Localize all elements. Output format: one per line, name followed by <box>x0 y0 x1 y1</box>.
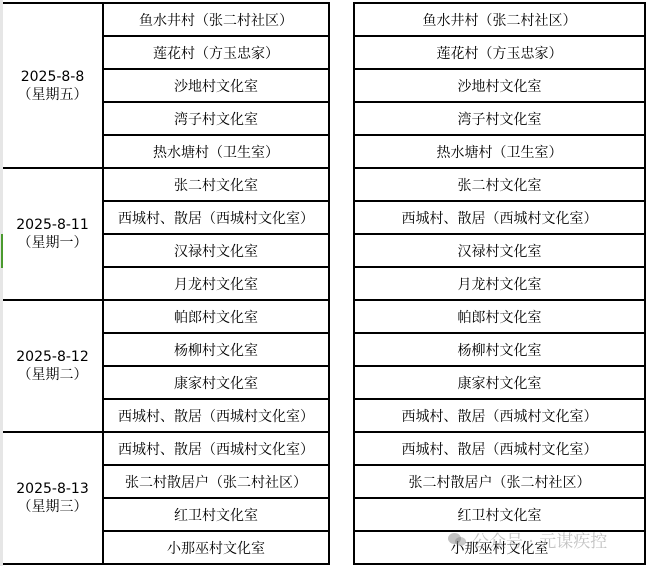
location-cell[interactable]: 小那巫村文化室 <box>103 531 329 564</box>
location-cell[interactable]: 张二村文化室 <box>354 168 645 201</box>
location-cell[interactable]: 西城村、散居（西城村文化室） <box>103 201 329 234</box>
table-row: 张二村散居户（张二村社区） <box>354 465 645 498</box>
table-row: 杨柳村文化室 <box>354 333 645 366</box>
date-text: 2025-8-13 <box>3 480 102 498</box>
location-cell[interactable]: 西城村、散居（西城村文化室） <box>103 399 329 432</box>
table-row: 西城村、散居（西城村文化室） <box>354 432 645 465</box>
weekday-text: （星期一） <box>3 234 102 252</box>
location-cell[interactable]: 帕郎村文化室 <box>354 300 645 333</box>
weekday-text: （星期二） <box>3 366 102 384</box>
date-text: 2025-8-11 <box>3 216 102 234</box>
location-cell[interactable]: 湾子村文化室 <box>354 102 645 135</box>
table-row: 莲花村（方玉忠家） <box>354 36 645 69</box>
table-row: 张二村文化室 <box>354 168 645 201</box>
location-cell[interactable]: 湾子村文化室 <box>103 102 329 135</box>
location-cell[interactable]: 杨柳村文化室 <box>103 333 329 366</box>
location-cell[interactable]: 西城村、散居（西城村文化室） <box>354 201 645 234</box>
location-cell[interactable]: 张二村散居户（张二村社区） <box>354 465 645 498</box>
date-text: 2025-8-8 <box>3 68 102 86</box>
location-cell[interactable]: 康家村文化室 <box>354 366 645 399</box>
date-cell[interactable]: 2025-8-13 （星期三） <box>3 432 103 564</box>
table-row: 小那巫村文化室 <box>354 531 645 564</box>
table-row: 康家村文化室 <box>354 366 645 399</box>
location-cell[interactable]: 杨柳村文化室 <box>354 333 645 366</box>
location-cell[interactable]: 月龙村文化室 <box>103 267 329 300</box>
location-cell[interactable]: 小那巫村文化室 <box>354 531 645 564</box>
table-row: 汉禄村文化室 <box>354 234 645 267</box>
location-cell[interactable]: 红卫村文化室 <box>103 498 329 531</box>
location-cell[interactable]: 鱼水井村（张二村社区） <box>354 3 645 36</box>
table-row: 2025-8-8 （星期五） 鱼水井村（张二村社区） <box>3 3 329 36</box>
location-cell[interactable]: 沙地村文化室 <box>354 69 645 102</box>
schedule-table-right: 鱼水井村（张二村社区） 莲花村（方玉忠家） 沙地村文化室 湾子村文化室 热水塘村… <box>353 2 646 565</box>
date-cell[interactable]: 2025-8-12 （星期二） <box>3 300 103 432</box>
location-cell[interactable]: 张二村文化室 <box>103 168 329 201</box>
weekday-text: （星期五） <box>3 86 102 104</box>
location-cell[interactable]: 鱼水井村（张二村社区） <box>103 3 329 36</box>
table-row: 西城村、散居（西城村文化室） <box>354 399 645 432</box>
location-cell[interactable]: 康家村文化室 <box>103 366 329 399</box>
weekday-text: （星期三） <box>3 498 102 516</box>
location-cell[interactable]: 西城村、散居（西城村文化室） <box>103 432 329 465</box>
table-row: 鱼水井村（张二村社区） <box>354 3 645 36</box>
location-cell[interactable]: 莲花村（方玉忠家） <box>103 36 329 69</box>
date-cell[interactable]: 2025-8-11 （星期一） <box>3 168 103 300</box>
location-cell[interactable]: 月龙村文化室 <box>354 267 645 300</box>
location-cell[interactable]: 张二村散居户（张二村社区） <box>103 465 329 498</box>
table-row: 2025-8-11 （星期一） 张二村文化室 <box>3 168 329 201</box>
location-cell[interactable]: 汉禄村文化室 <box>354 234 645 267</box>
table-row: 湾子村文化室 <box>354 102 645 135</box>
location-cell[interactable]: 西城村、散居（西城村文化室） <box>354 399 645 432</box>
location-cell[interactable]: 西城村、散居（西城村文化室） <box>354 432 645 465</box>
date-cell[interactable]: 2025-8-8 （星期五） <box>3 3 103 168</box>
schedule-table-left: 2025-8-8 （星期五） 鱼水井村（张二村社区） 莲花村（方玉忠家） 沙地村… <box>3 2 330 565</box>
location-cell[interactable]: 红卫村文化室 <box>354 498 645 531</box>
location-cell[interactable]: 莲花村（方玉忠家） <box>354 36 645 69</box>
table-row: 2025-8-13 （星期三） 西城村、散居（西城村文化室） <box>3 432 329 465</box>
table-row: 热水塘村（卫生室） <box>354 135 645 168</box>
location-cell[interactable]: 汉禄村文化室 <box>103 234 329 267</box>
location-cell[interactable]: 热水塘村（卫生室） <box>354 135 645 168</box>
location-cell[interactable]: 热水塘村（卫生室） <box>103 135 329 168</box>
table-row: 红卫村文化室 <box>354 498 645 531</box>
table-row: 沙地村文化室 <box>354 69 645 102</box>
table-row: 西城村、散居（西城村文化室） <box>354 201 645 234</box>
table-row: 月龙村文化室 <box>354 267 645 300</box>
table-row: 2025-8-12 （星期二） 帕郎村文化室 <box>3 300 329 333</box>
location-cell[interactable]: 帕郎村文化室 <box>103 300 329 333</box>
table-row: 帕郎村文化室 <box>354 300 645 333</box>
date-text: 2025-8-12 <box>3 348 102 366</box>
location-cell[interactable]: 沙地村文化室 <box>103 69 329 102</box>
